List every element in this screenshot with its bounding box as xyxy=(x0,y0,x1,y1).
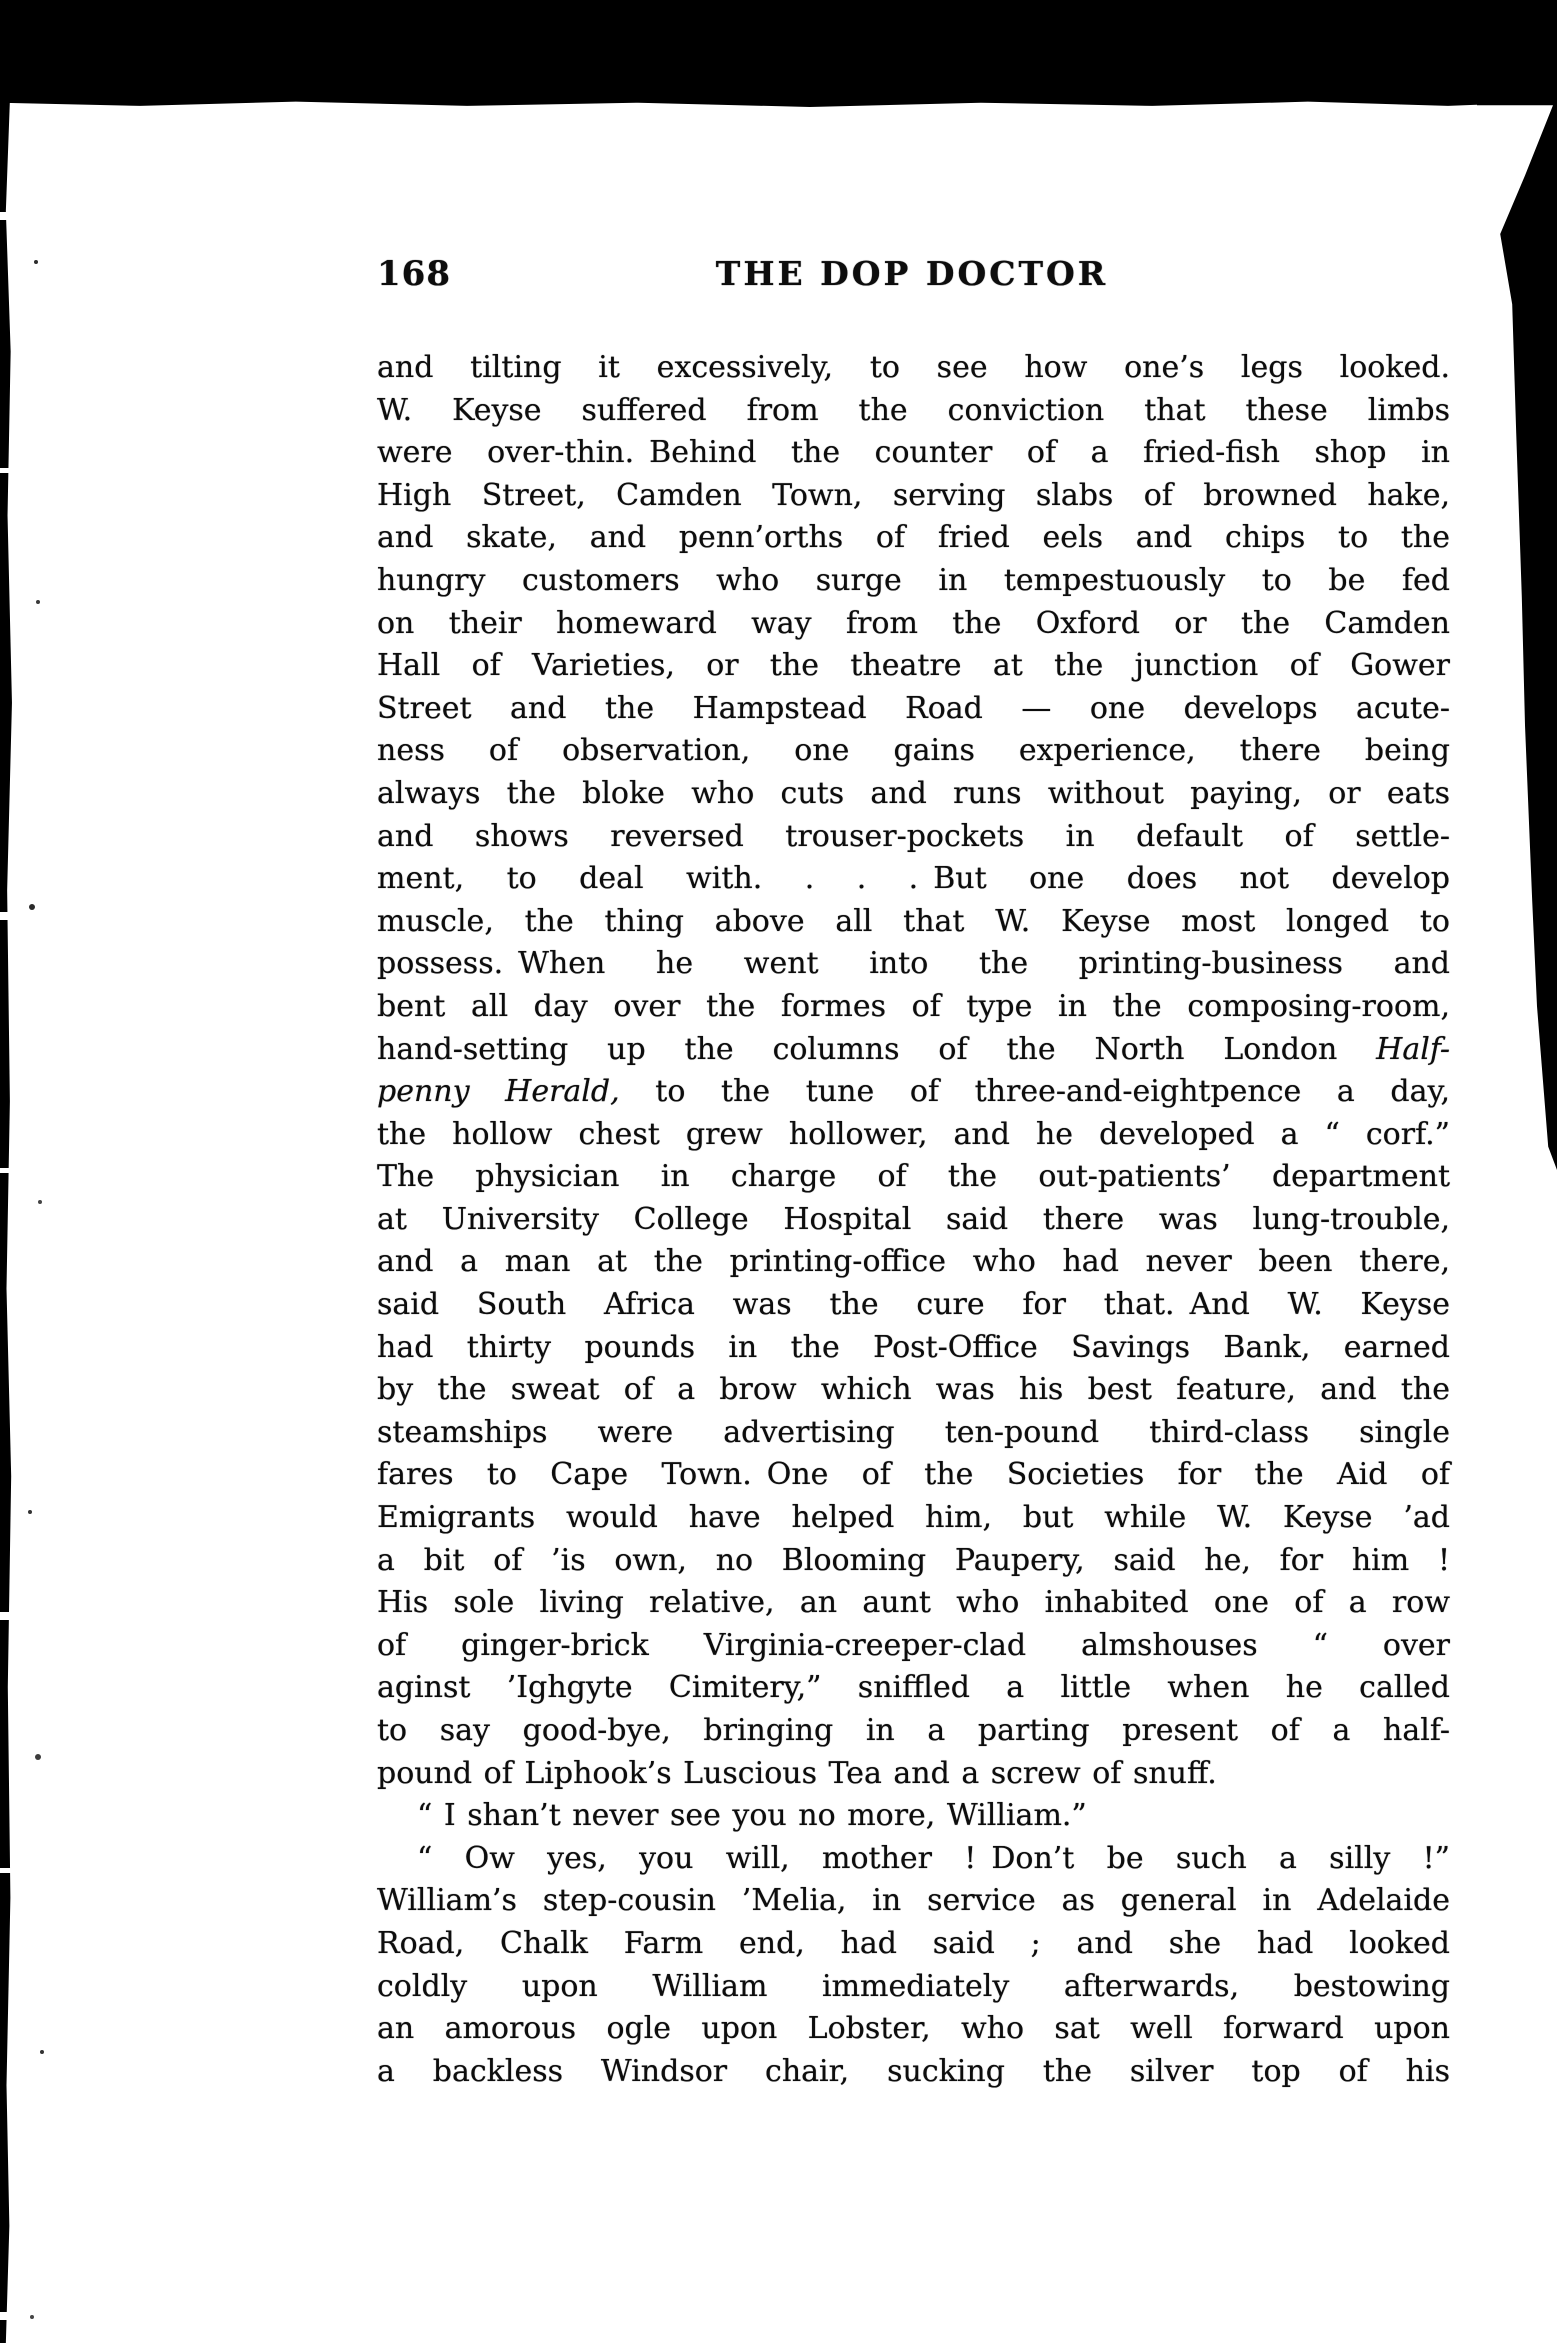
text-segment: Road, Chalk Farm end, had said ; and she… xyxy=(377,1926,1450,1961)
text-segment: by the sweat of a brow which was his bes… xyxy=(377,1372,1450,1407)
text-segment: and skate, and penn’orths of fried eels … xyxy=(377,520,1450,555)
text-line: a bit of ’is own, no Blooming Paupery, s… xyxy=(377,1540,1450,1583)
text-segment: Emigrants would have helped him, but whi… xyxy=(377,1500,1450,1535)
text-line: Hall of Varieties, or the theatre at the… xyxy=(377,645,1450,688)
text-segment: coldly upon William immediately afterwar… xyxy=(377,1969,1450,2004)
text-line: “ Ow yes, you will, mother ! Don’t be su… xyxy=(377,1838,1450,1881)
text-segment: on their homeward way from the Oxford or… xyxy=(377,606,1450,641)
text-segment: His sole living relative, an aunt who in… xyxy=(377,1585,1450,1620)
text-segment: pound of Liphook’s Luscious Tea and a sc… xyxy=(377,1756,1217,1791)
text-line: Road, Chalk Farm end, had said ; and she… xyxy=(377,1923,1450,1966)
text-segment: bent all day over the formes of type in … xyxy=(377,989,1450,1024)
text-segment: and a man at the printing-office who had… xyxy=(377,1244,1450,1279)
text-line: and a man at the printing-office who had… xyxy=(377,1241,1450,1284)
text-line: William’s step-cousin ’Melia, in service… xyxy=(377,1880,1450,1923)
text-segment: to say good-bye, bringing in a parting p… xyxy=(377,1713,1450,1748)
text-line: pound of Liphook’s Luscious Tea and a sc… xyxy=(377,1753,1450,1796)
body-text: and tilting it excessively, to see how o… xyxy=(377,347,1450,2093)
text-segment: to the tune of three-and-eightpence a da… xyxy=(620,1074,1450,1109)
text-line: aginst ’Ighgyte Cimitery,” sniffled a li… xyxy=(377,1667,1450,1710)
text-line: of ginger-brick Virginia-creeper-clad al… xyxy=(377,1625,1450,1668)
text-segment: hand-setting up the columns of the North… xyxy=(377,1032,1376,1067)
scanned-page: 168 THE DOP DOCTOR and tilting it excess… xyxy=(0,0,1557,2343)
text-segment: possess. When he went into the printing-… xyxy=(377,946,1450,981)
text-line: ness of observation, one gains experienc… xyxy=(377,730,1450,773)
text-line: coldly upon William immediately afterwar… xyxy=(377,1966,1450,2009)
text-segment: ness of observation, one gains experienc… xyxy=(377,733,1450,768)
text-line: His sole living relative, an aunt who in… xyxy=(377,1582,1450,1625)
text-line: were over-thin. Behind the counter of a … xyxy=(377,432,1450,475)
scan-artifact-top-band xyxy=(0,0,1557,107)
text-segment: Street and the Hampstead Road — one deve… xyxy=(377,691,1450,726)
text-segment: fares to Cape Town. One of the Societies… xyxy=(377,1457,1450,1492)
text-segment: William’s step-cousin ’Melia, in service… xyxy=(377,1883,1450,1918)
text-line: an amorous ogle upon Lobster, who sat we… xyxy=(377,2008,1450,2051)
text-line: on their homeward way from the Oxford or… xyxy=(377,603,1450,646)
text-line: W. Keyse suffered from the conviction th… xyxy=(377,390,1450,433)
text-line: The physician in charge of the out-patie… xyxy=(377,1156,1450,1199)
text-segment: aginst ’Ighgyte Cimitery,” sniffled a li… xyxy=(377,1670,1450,1705)
text-line: at University College Hospital said ther… xyxy=(377,1199,1450,1242)
text-line: and tilting it excessively, to see how o… xyxy=(377,347,1450,390)
scan-artifact-left-edge xyxy=(0,0,13,2343)
text-segment: an amorous ogle upon Lobster, who sat we… xyxy=(377,2011,1450,2046)
text-line: and shows reversed trouser-pockets in de… xyxy=(377,816,1450,859)
scan-artifact-right-edge xyxy=(1477,0,1557,1170)
running-header: THE DOP DOCTOR xyxy=(716,254,1108,293)
text-line: always the bloke who cuts and runs witho… xyxy=(377,773,1450,816)
text-line: “ I shan’t never see you no more, Willia… xyxy=(377,1795,1450,1838)
text-segment: and shows reversed trouser-pockets in de… xyxy=(377,819,1450,854)
text-segment: and tilting it excessively, to see how o… xyxy=(377,350,1450,385)
text-line: Street and the Hampstead Road — one deve… xyxy=(377,688,1450,731)
text-line: hand-setting up the columns of the North… xyxy=(377,1029,1450,1072)
text-line: penny Herald, to the tune of three-and-e… xyxy=(377,1071,1450,1114)
text-line: to say good-bye, bringing in a parting p… xyxy=(377,1710,1450,1753)
text-segment: muscle, the thing above all that W. Keys… xyxy=(377,904,1450,939)
text-line: said South Africa was the cure for that.… xyxy=(377,1284,1450,1327)
text-segment: said South Africa was the cure for that.… xyxy=(377,1287,1450,1322)
italic-text-segment: Half- xyxy=(1376,1032,1450,1067)
text-line: the hollow chest grew hollower, and he d… xyxy=(377,1114,1450,1157)
text-segment: the hollow chest grew hollower, and he d… xyxy=(377,1117,1450,1152)
text-line: muscle, the thing above all that W. Keys… xyxy=(377,901,1450,944)
text-line: steamships were advertising ten-pound th… xyxy=(377,1412,1450,1455)
italic-text-segment: penny Herald, xyxy=(377,1074,620,1109)
text-line: a backless Windsor chair, sucking the si… xyxy=(377,2051,1450,2094)
text-segment: were over-thin. Behind the counter of a … xyxy=(377,435,1450,470)
text-segment: a backless Windsor chair, sucking the si… xyxy=(377,2054,1450,2089)
text-segment: ment, to deal with. . . . But one does n… xyxy=(377,861,1450,896)
text-segment: Hall of Varieties, or the theatre at the… xyxy=(377,648,1450,683)
text-segment: W. Keyse suffered from the conviction th… xyxy=(377,393,1450,428)
text-line: bent all day over the formes of type in … xyxy=(377,986,1450,1029)
text-line: Emigrants would have helped him, but whi… xyxy=(377,1497,1450,1540)
text-line: ment, to deal with. . . . But one does n… xyxy=(377,858,1450,901)
text-segment: at University College Hospital said ther… xyxy=(377,1202,1450,1237)
text-segment: always the bloke who cuts and runs witho… xyxy=(377,776,1450,811)
text-segment: steamships were advertising ten-pound th… xyxy=(377,1415,1450,1450)
text-line: had thirty pounds in the Post-Office Sav… xyxy=(377,1327,1450,1370)
text-segment: “ I shan’t never see you no more, Willia… xyxy=(417,1798,1087,1833)
scan-specks xyxy=(34,260,38,264)
text-segment: of ginger-brick Virginia-creeper-clad al… xyxy=(377,1628,1450,1663)
text-segment: had thirty pounds in the Post-Office Sav… xyxy=(377,1330,1450,1365)
text-line: and skate, and penn’orths of fried eels … xyxy=(377,517,1450,560)
text-segment: hungry customers who surge in tempestuou… xyxy=(377,563,1450,598)
text-segment: The physician in charge of the out-patie… xyxy=(377,1159,1450,1194)
text-segment: High Street, Camden Town, serving slabs … xyxy=(377,478,1450,513)
text-line: hungry customers who surge in tempestuou… xyxy=(377,560,1450,603)
text-line: by the sweat of a brow which was his bes… xyxy=(377,1369,1450,1412)
text-line: possess. When he went into the printing-… xyxy=(377,943,1450,986)
text-line: High Street, Camden Town, serving slabs … xyxy=(377,475,1450,518)
text-segment: a bit of ’is own, no Blooming Paupery, s… xyxy=(377,1543,1450,1578)
text-segment: “ Ow yes, you will, mother ! Don’t be su… xyxy=(417,1841,1450,1876)
page-number: 168 xyxy=(377,254,451,294)
text-line: fares to Cape Town. One of the Societies… xyxy=(377,1454,1450,1497)
